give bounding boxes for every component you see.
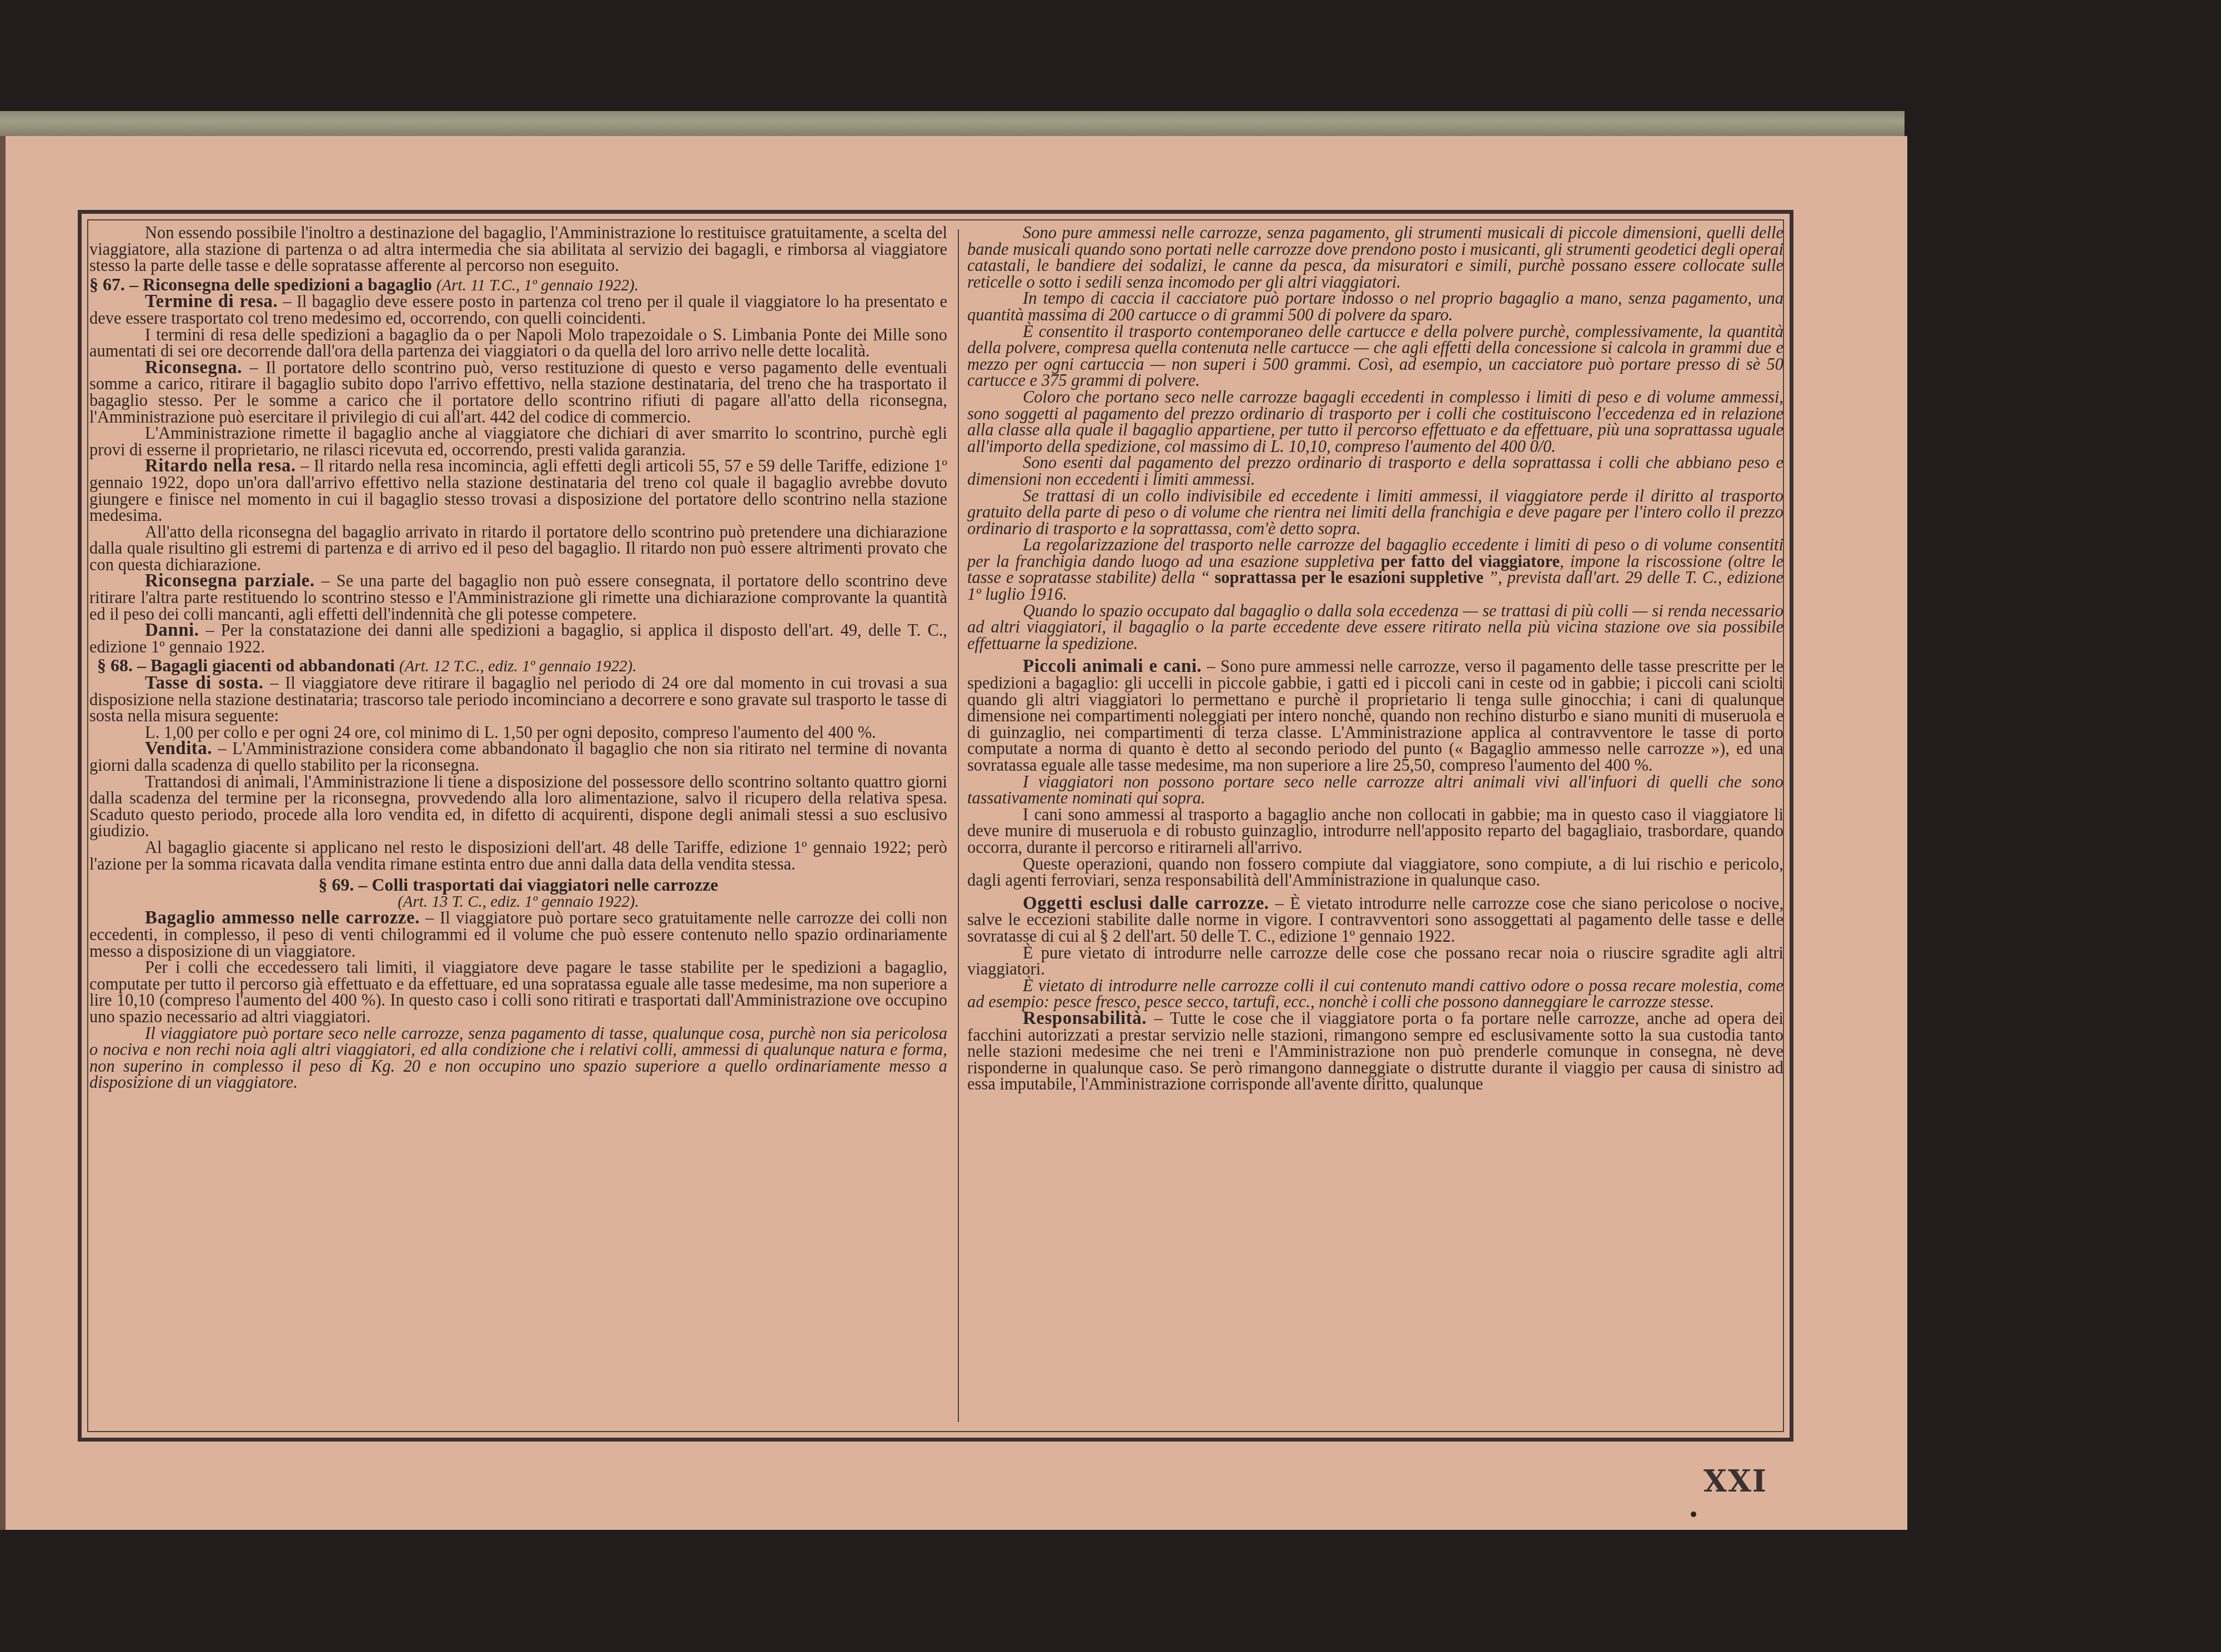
- section-67-ref: (Art. 11 T.C., 1º gennaio 1922).: [436, 277, 639, 294]
- paragraph-giacente: Al bagaglio giacente si applicano nel re…: [89, 840, 947, 872]
- paragraph-spazio: Quando lo spazio occupato dal bagaglio o…: [967, 603, 1783, 652]
- text-frame: Non essendo possibile l'inoltro a destin…: [78, 210, 1793, 1442]
- paragraph-tariffa-sosta: L. 1,00 per collo e per ogni 24 ore, col…: [89, 725, 947, 741]
- paragraph-riconsegna: Riconsegna. – Il portatore dello scontri…: [89, 360, 947, 425]
- right-column: Sono pure ammessi nelle carrozze, senza …: [967, 225, 1783, 1427]
- paragraph-animali: Trattandosi di animali, l'Amministrazion…: [89, 774, 947, 840]
- paragraph-cani: I cani sono ammessi al trasporto a bagag…: [967, 807, 1783, 856]
- paragraph-atto: All'atto della riconsegna del bagaglio a…: [89, 524, 947, 574]
- left-column: Non essendo possibile l'inoltro a destin…: [89, 225, 947, 1427]
- section-68-title: § 68. – Bagagli giacenti od abbandonati: [97, 655, 395, 675]
- section-67-title: § 67. – Riconsegna delle spedizioni a ba…: [89, 274, 432, 294]
- section-69-title: § 69. – Colli trasportati dai viaggiator…: [89, 877, 947, 893]
- paragraph-eccedenti: Per i colli che eccedessero tali limiti,…: [89, 960, 947, 1025]
- paragraph-cartucce: È consentito il trasporto contemporaneo …: [967, 324, 1783, 389]
- paragraph-parziale: Riconsegna parziale. – Se una parte del …: [89, 573, 947, 622]
- paragraph-operazioni: Queste operazioni, quando non fossero co…: [967, 856, 1783, 889]
- paragraph-caccia: In tempo di caccia il cacciatore può por…: [967, 290, 1783, 323]
- ink-speck: [1691, 1512, 1696, 1517]
- paragraph-regolarizzazione: La regolarizzazione del trasporto nelle …: [967, 537, 1783, 602]
- paragraph-strumenti: Sono pure ammessi nelle carrozze, senza …: [967, 225, 1783, 290]
- text-vendita: – L'Amministrazione considera come abban…: [89, 739, 947, 775]
- paragraph-smarrito: L'Amministrazione rimette il bagaglio an…: [89, 425, 947, 458]
- paragraph-sosta: Tasse di sosta. – Il viaggiatore deve ri…: [89, 675, 947, 725]
- paragraph-danni: Danni. – Per la constatazione dei danni …: [89, 622, 947, 655]
- paragraph-ritardo: Ritardo nella resa. – Il ritardo nella r…: [89, 458, 947, 524]
- paragraph-intro: Non essendo possibile l'inoltro a destin…: [89, 225, 947, 274]
- paragraph-vendita: Vendita. – L'Amministrazione considera c…: [89, 741, 947, 774]
- paragraph-responsabilita: Responsabilità. – Tutte le cose che il v…: [967, 1011, 1783, 1093]
- paragraph-esenti: Sono esenti dal pagamento del prezzo ord…: [967, 455, 1783, 488]
- regolarizzazione-bold-soprattassa: soprattassa per le esazioni suppletive: [1214, 568, 1483, 587]
- column-divider: [958, 229, 959, 1422]
- paragraph-seco: Il viaggiatore può portare seco nelle ca…: [89, 1026, 947, 1091]
- paragraph-indivisibile: Se trattasi di un collo indivisibile ed …: [967, 488, 1783, 538]
- paragraph-oggetti: Oggetti esclusi dalle carrozze. – È viet…: [967, 896, 1783, 945]
- paragraph-odore: È vietato di introdurre nelle carrozze c…: [967, 978, 1783, 1011]
- text-piccoli: – Sono pure ammessi nelle carrozze, vers…: [967, 657, 1783, 775]
- text-danni: – Per la constatazione dei danni alle sp…: [89, 621, 947, 656]
- paragraph-termine: Termine di resa. – Il bagaglio deve esse…: [89, 294, 947, 327]
- paragraph-termini-napoli: I termini di resa delle spedizioni a bag…: [89, 327, 947, 360]
- paragraph-coloro: Coloro che portano seco nelle carrozze b…: [967, 389, 1783, 455]
- section-69-ref-text: (Art. 13 T. C., ediz. 1º gennaio 1922).: [398, 893, 639, 911]
- paragraph-piccoli-animali: Piccoli animali e cani. – Sono pure amme…: [967, 659, 1783, 774]
- page-left-shadow: [0, 136, 6, 1530]
- paragraph-noia: È pure vietato di introdurre nelle carro…: [967, 945, 1783, 978]
- paragraph-ammesso: Bagaglio ammesso nelle carrozze. – Il vi…: [89, 910, 947, 960]
- page-top-edge: [0, 111, 1905, 138]
- paragraph-vivi: I viaggiatori non possono portare seco n…: [967, 774, 1783, 807]
- section-68-ref: (Art. 12 T.C., ediz. 1º gennaio 1922).: [399, 657, 636, 675]
- page-number: XXI: [1704, 1463, 1767, 1499]
